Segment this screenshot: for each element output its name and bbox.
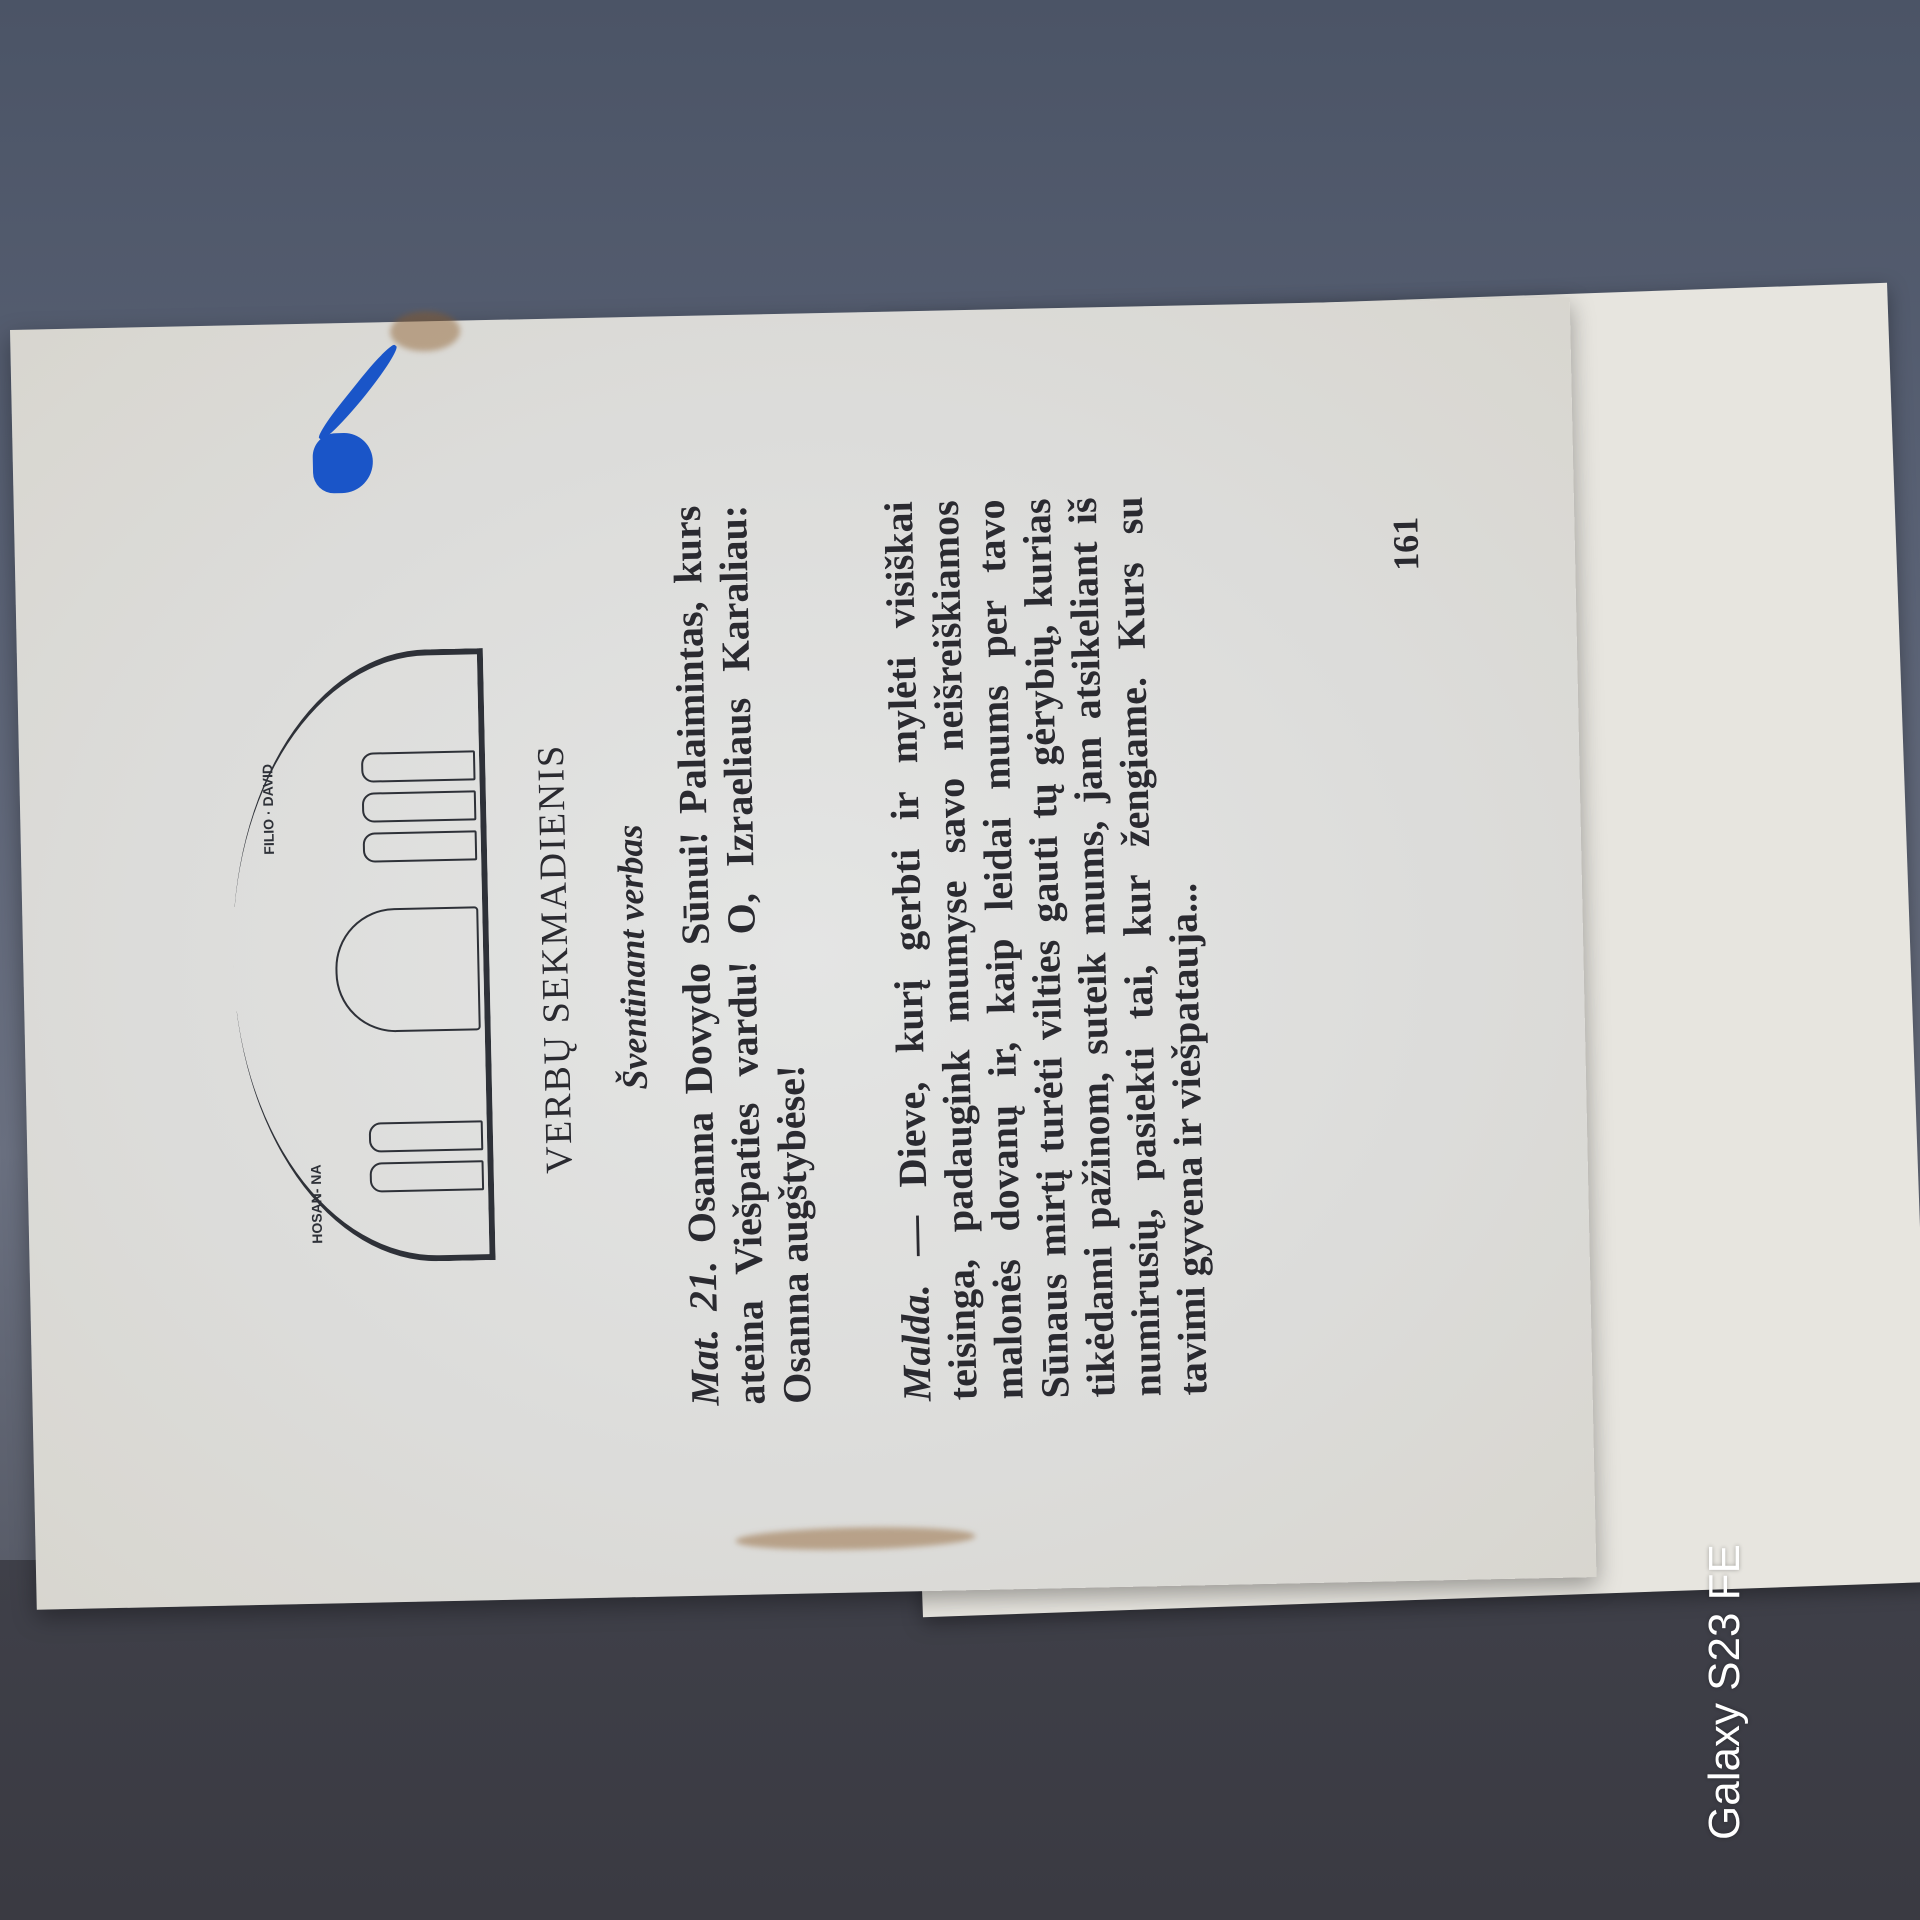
scripture-reference: Mat. 21. [680, 1261, 728, 1407]
figure-icon [362, 790, 477, 822]
figure-icon [363, 830, 478, 862]
page-number: 161 [1384, 516, 1427, 571]
page-subtitle: Šventinant verbas [598, 317, 667, 1598]
figure-icon [370, 1160, 485, 1192]
prayer-paragraph: Malda. — Dieve, kurį gerbti ir mylėti vi… [876, 495, 1217, 1402]
figure-icon [369, 1120, 484, 1152]
illustration-label-hosanna: HOSAN- NA [308, 1164, 326, 1244]
scripture-paragraph: Mat. 21. Osanna Dovydo Sūnui! Palaiminta… [664, 503, 821, 1406]
page-title: VERBŲ SEKMADIENIS [520, 318, 591, 1599]
illustration-label-filio-david: FILIO · DAVID [259, 764, 277, 855]
prayer-label: Malda. [892, 1284, 939, 1402]
prayer-text: — Dieve, kurį gerbti ir mylėti visiškai … [876, 496, 1216, 1401]
palm-sunday-illustration: HOSAN- NA FILIO · DAVID [183, 470, 503, 1456]
figure-icon [361, 750, 476, 782]
book-page: HOSAN- NA FILIO · DAVID VERBŲ SEKMADIENI… [10, 297, 1596, 1609]
rider-on-donkey-icon [334, 906, 481, 1033]
page-content: HOSAN- NA FILIO · DAVID VERBŲ SEKMADIENI… [10, 297, 1596, 1609]
camera-watermark: Galaxy S23 FE [1700, 1544, 1750, 1840]
